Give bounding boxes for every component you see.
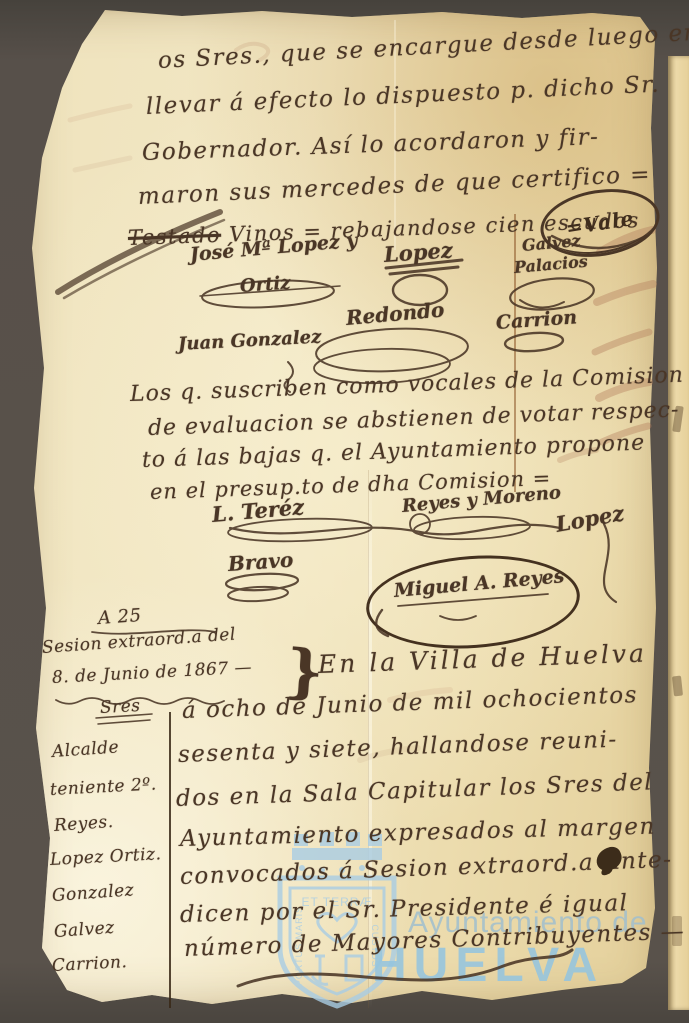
margin-attendee: Carrion. bbox=[51, 952, 127, 976]
margin-attendees-header: Sres bbox=[99, 696, 141, 718]
margin-attendee: Reyes. bbox=[53, 812, 114, 836]
margin-divider-line bbox=[169, 712, 171, 1008]
margin-attendee: Galvez bbox=[53, 918, 115, 942]
signature: Ortiz bbox=[239, 272, 291, 296]
signature: Bravo bbox=[227, 547, 294, 576]
next-page-ink-mark bbox=[672, 676, 683, 697]
signature: Lopez bbox=[383, 237, 453, 267]
margin-entry-number: A 25 bbox=[97, 605, 142, 629]
scanner-background: ET TERRÆ PORTUS MARIS CUSTOS Ayuntamient… bbox=[0, 0, 689, 1023]
